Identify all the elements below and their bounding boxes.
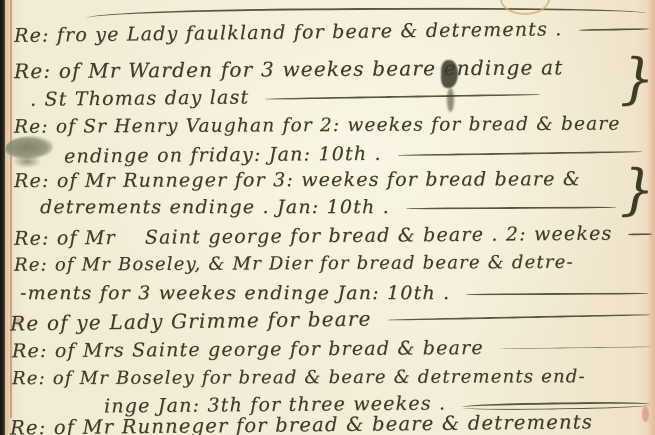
entry-text: Re: of Mr Warden for 3 weekes beare endi…: [14, 54, 564, 84]
entry-text: . St Thomas day last: [30, 84, 250, 112]
trailing-rule-stroke: [466, 292, 648, 295]
ledger-entry-line: Re: of Mr Boseley for bread & beare & de…: [12, 364, 655, 392]
curly-brace: }: [620, 52, 654, 106]
trailing-rule-stroke: [500, 346, 651, 349]
entry-text: Re: of Mr Saint george for bread & beare…: [14, 221, 613, 252]
manuscript-page: Re: fro ye Lady faulkland for beare & de…: [0, 0, 655, 435]
ledger-entry-line: detrements endinge . Jan: 10th .: [40, 194, 618, 220]
trailing-rule-stroke: [388, 314, 650, 321]
entry-text: detrements endinge . Jan: 10th .: [40, 194, 390, 220]
entry-text: Re: of Mr Runneger for bread & beare & d…: [10, 409, 593, 435]
ledger-entry-line: Re: of Mr Boseley, & Mr Dier for bread b…: [14, 249, 655, 278]
ledger-entry-line: Re: of Mrs Sainte george for bread & bea…: [12, 334, 653, 364]
ledger-entry-line: Re: of Mr Warden for 3 weekes beare endi…: [14, 54, 612, 84]
trailing-rule-stroke: [578, 28, 648, 31]
ledger-entry-line: . St Thomas day last: [30, 81, 542, 112]
ledger-entry-line: Re: fro ye Lady faulkland for beare & de…: [14, 15, 650, 49]
entry-text: Re: of Mr Runneger for 3: weekes for bre…: [14, 166, 581, 194]
ledger-entry-line: endinge on friday: Jan: 10th .: [64, 138, 644, 169]
entry-text: Re: of Mr Boseley, & Mr Dier for bread b…: [14, 250, 574, 279]
ledger-entry-line: Re of ye Lady Grimme for beare: [10, 302, 652, 337]
entry-text: Re: fro ye Lady faulkland for beare & de…: [14, 16, 563, 49]
entry-text: Re: of Sr Henry Vaughan for 2: weekes fo…: [14, 111, 621, 140]
entry-text: Re: of Mr Boseley for bread & beare & de…: [12, 364, 586, 392]
entry-text: -ments for 3 weekes endinge Jan: 10th .: [20, 280, 450, 306]
trailing-rule-stroke: [406, 206, 616, 209]
curly-brace: }: [620, 163, 654, 217]
ink-blot: [13, 155, 41, 168]
ledger-entry-line: Re: of Sr Henry Vaughan for 2: weekes fo…: [14, 111, 654, 140]
trailing-rule-stroke: [398, 151, 642, 157]
trailing-rule-stroke: [628, 233, 652, 235]
entry-text: Re: of Mrs Sainte george for bread & bea…: [12, 335, 484, 364]
entry-text: Re of ye Lady Grimme for beare: [10, 305, 372, 336]
ledger-entry-line: Re: of Mr Saint george for bread & beare…: [14, 220, 654, 252]
trailing-rule-stroke: [265, 94, 540, 101]
entry-text: endinge on friday: Jan: 10th .: [64, 141, 382, 170]
ledger-entry-line: Re: of Mr Runneger for 3: weekes for bre…: [14, 166, 614, 194]
